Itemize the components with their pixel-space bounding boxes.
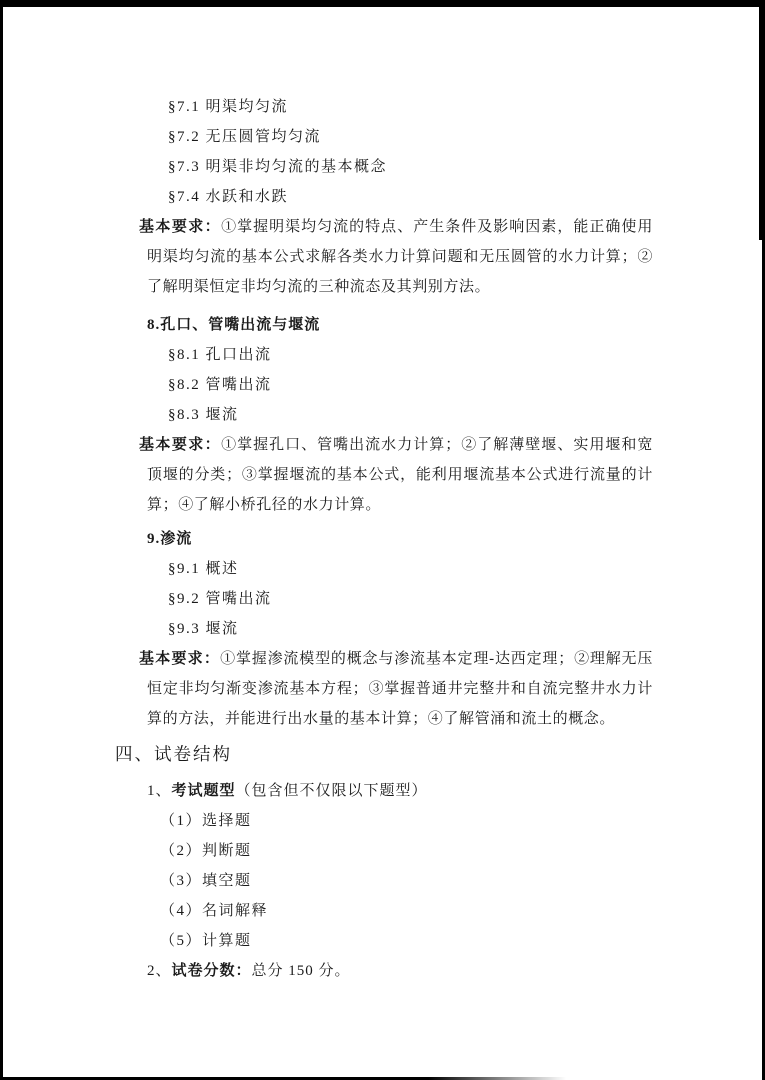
exam-question-types-item: 1、考试题型（包含但不仅限以下题型） [147, 776, 765, 806]
requirements-label-7: 基本要求： [139, 219, 221, 235]
chapter-8-title: 8.孔口、管嘴出流与堰流 [147, 310, 765, 340]
requirements-text-7: ①掌握明渠均匀流的特点、产生条件及影响因素，能正确使用明渠均匀流的基本公式求解各… [147, 219, 653, 295]
question-type-option-3: （3）填空题 [160, 866, 765, 896]
requirements-text-9: ①掌握渗流模型的概念与渗流基本定理-达西定理；②理解无压恒定非均匀渐变渗流基本方… [147, 651, 653, 727]
question-type-option-4: （4）名词解释 [160, 896, 765, 926]
subsection-9-1: §9.1 概述 [168, 554, 765, 584]
requirements-paragraph-9: 基本要求：①掌握渗流模型的概念与渗流基本定理-达西定理；②理解无压恒定非均匀渐变… [139, 644, 653, 734]
item2-text: 总分 150 分。 [252, 963, 351, 979]
chapter-9-title: 9.渗流 [147, 524, 765, 554]
item1-note: （包含但不仅限以下题型） [236, 783, 428, 799]
question-type-option-2: （2）判断题 [160, 836, 765, 866]
requirements-text-8: ①掌握孔口、管嘴出流水力计算；②了解薄壁堰、实用堰和宽顶堰的分类；③掌握堰流的基… [147, 437, 653, 513]
subsection-9-3: §9.3 堰流 [168, 614, 765, 644]
subsection-7-4: §7.4 水跃和水跌 [168, 182, 765, 212]
subsection-8-3: §8.3 堰流 [168, 400, 765, 430]
item2-number: 2、 [147, 963, 172, 979]
subsection-8-2: §8.2 管嘴出流 [168, 370, 765, 400]
part4-heading: 四、试卷结构 [115, 738, 765, 770]
subsection-7-1: §7.1 明渠均匀流 [168, 92, 765, 122]
item1-number: 1、 [147, 783, 172, 799]
scanned-document-page: §7.1 明渠均匀流 §7.2 无压圆管均匀流 §7.3 明渠非均匀流的基本概念… [0, 0, 765, 1080]
subsection-8-1: §8.1 孔口出流 [168, 340, 765, 370]
question-type-option-5: （5）计算题 [160, 926, 765, 956]
subsection-7-2: §7.2 无压圆管均匀流 [168, 122, 765, 152]
subsection-9-2: §9.2 管嘴出流 [168, 584, 765, 614]
document-content: §7.1 明渠均匀流 §7.2 无压圆管均匀流 §7.3 明渠非均匀流的基本概念… [0, 92, 765, 986]
requirements-paragraph-7: 基本要求：①掌握明渠均匀流的特点、产生条件及影响因素，能正确使用明渠均匀流的基本… [139, 212, 653, 302]
requirements-paragraph-8: 基本要求：①掌握孔口、管嘴出流水力计算；②了解薄壁堰、实用堰和宽顶堰的分类；③掌… [139, 430, 653, 520]
requirements-label-8: 基本要求： [139, 437, 221, 453]
requirements-label-9: 基本要求： [139, 651, 220, 667]
question-type-option-1: （1）选择题 [160, 806, 765, 836]
item2-label: 试卷分数： [172, 963, 252, 979]
exam-score-item: 2、试卷分数：总分 150 分。 [147, 956, 765, 986]
scan-border-top [0, 0, 765, 7]
item1-label: 考试题型 [172, 783, 236, 799]
subsection-7-3: §7.3 明渠非均匀流的基本概念 [168, 152, 765, 182]
